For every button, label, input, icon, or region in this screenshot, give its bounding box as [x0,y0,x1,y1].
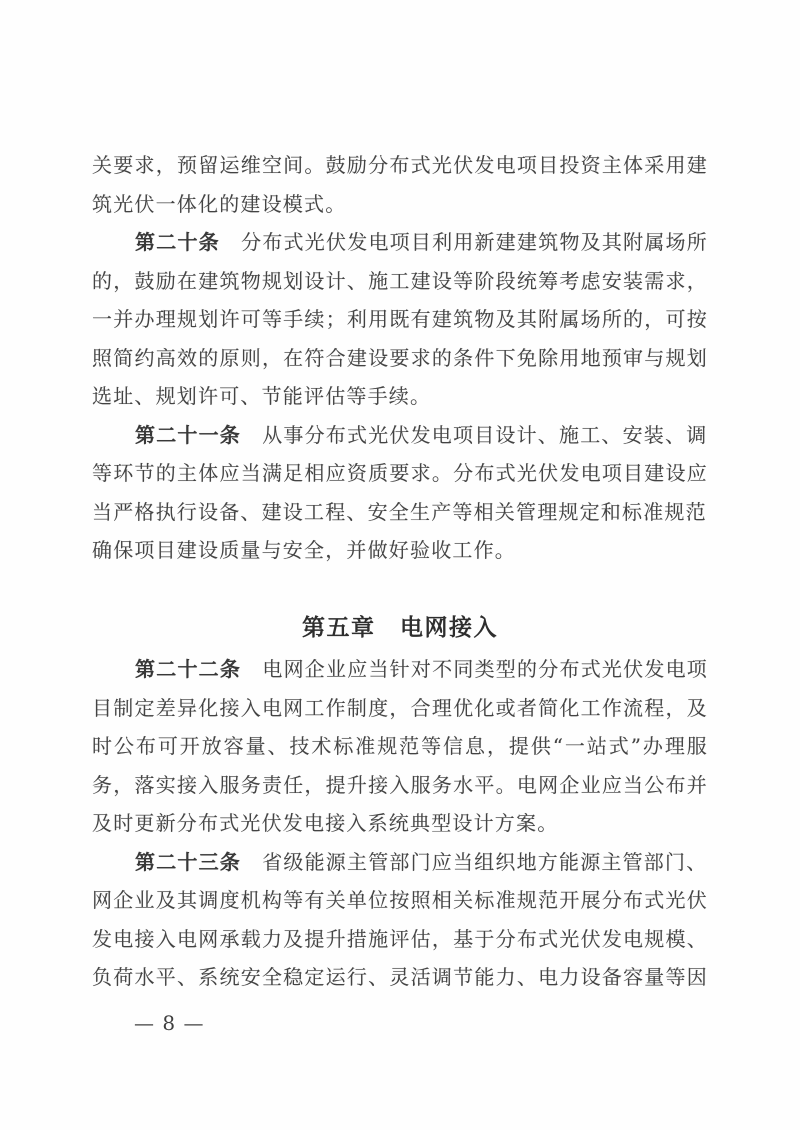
article-number: 第二十二条 [135,657,241,681]
text-line: 负荷水平、系统安全稳定运行、灵活调节能力、电力设备容量等因 [92,958,708,997]
text-line: 网企业及其调度机构等有关单位按照相关标准规范开展分布式光伏 [92,881,708,920]
text-line: 目制定差异化接入电网工作制度，合理优化或者简化工作流程，及 [92,689,708,728]
paragraph: 第二十条 分布式光伏发电项目利用新建建筑物及其附属场所的，鼓励在建筑物规划设计、… [92,223,708,416]
text-line: 时公布可开放容量、技术标准规范等信息，提供“一站式”办理服 [92,727,708,766]
article-number: 第二十一条 [135,423,241,447]
article-number: 第二十条 [135,230,220,254]
text-line: 第二十二条 电网企业应当针对不同类型的分布式光伏发电项 [92,650,708,689]
text-line: 关要求，预留运维空间。鼓励分布式光伏发电项目投资主体采用建 [92,146,708,185]
text-line: 及时更新分布式光伏发电接入系统典型设计方案。 [92,804,708,843]
text-line: 等环节的主体应当满足相应资质要求。分布式光伏发电项目建设应 [92,454,708,493]
text-line: 选址、规划许可、节能评估等手续。 [92,377,708,416]
text-line: 当严格执行设备、建设工程、安全生产等相关管理规定和标准规范， [92,493,708,532]
paragraph: 第二十三条 省级能源主管部门应当组织地方能源主管部门、电网企业及其调度机构等有关… [92,843,708,997]
text-line: 第二十一条 从事分布式光伏发电项目设计、施工、安装、调试 [92,416,708,455]
text-line: 务，落实接入服务责任，提升接入服务水平。电网企业应当公布并 [92,766,708,805]
text-line: 第二十三条 省级能源主管部门应当组织地方能源主管部门、电 [92,843,708,882]
text-line: 筑光伏一体化的建设模式。 [92,185,708,224]
document-body: 关要求，预留运维空间。鼓励分布式光伏发电项目投资主体采用建筑光伏一体化的建设模式… [92,146,708,997]
text-line: 发电接入电网承载力及提升措施评估，基于分布式光伏发电规模、 [92,920,708,959]
paragraph: 第二十二条 电网企业应当针对不同类型的分布式光伏发电项目制定差异化接入电网工作制… [92,650,708,843]
chapter-heading: 第五章 电网接入 [92,609,708,648]
page-number: — 8 — [134,1011,204,1035]
text-line: 的，鼓励在建筑物规划设计、施工建设等阶段统筹考虑安装需求， [92,262,708,301]
article-number: 第二十三条 [135,850,241,874]
paragraph: 关要求，预留运维空间。鼓励分布式光伏发电项目投资主体采用建筑光伏一体化的建设模式… [92,146,708,223]
text-line: 一并办理规划许可等手续；利用既有建筑物及其附属场所的，可按 [92,300,708,339]
page-footer: — 8 — [134,1004,204,1042]
text-line: 确保项目建设质量与安全，并做好验收工作。 [92,531,708,570]
document-page: 关要求，预留运维空间。鼓励分布式光伏发电项目投资主体采用建筑光伏一体化的建设模式… [0,0,800,1130]
paragraph: 第二十一条 从事分布式光伏发电项目设计、施工、安装、调试等环节的主体应当满足相应… [92,416,708,570]
text-line: 第二十条 分布式光伏发电项目利用新建建筑物及其附属场所 [92,223,708,262]
text-line: 照简约高效的原则，在符合建设要求的条件下免除用地预审与规划 [92,339,708,378]
